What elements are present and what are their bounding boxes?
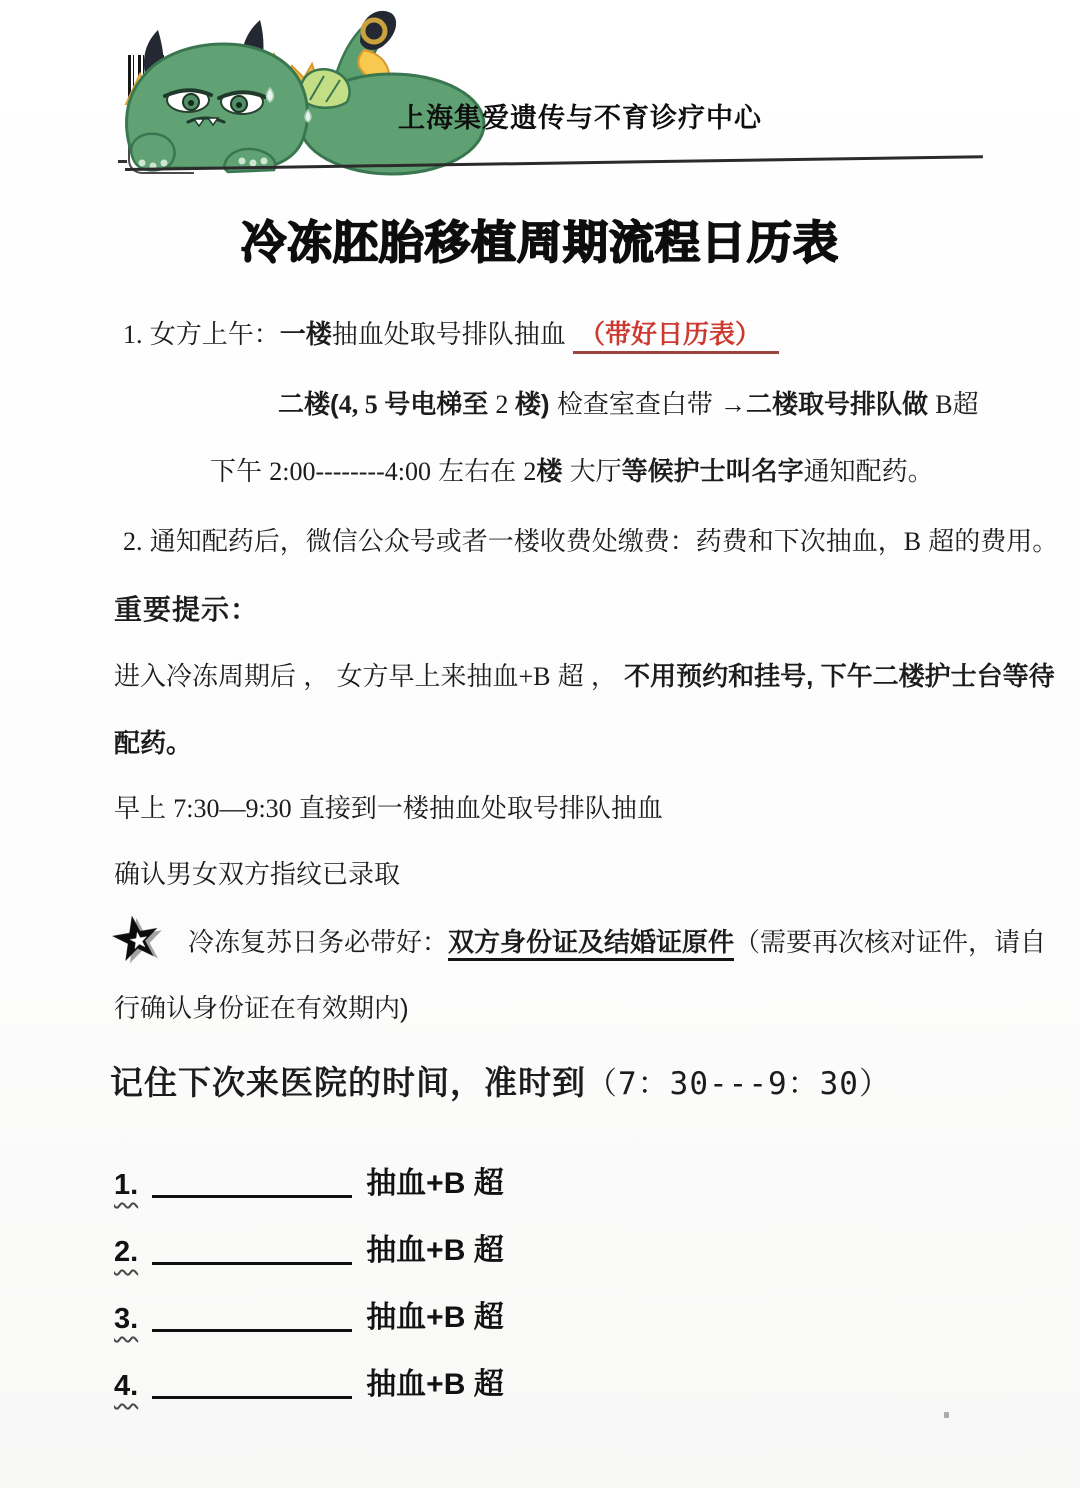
text-segment: 2. [123,527,143,556]
clinic-name: 上海集爱遗传与不育诊疗中心 [398,96,762,135]
text-segment: B [904,527,921,556]
fill-in-blank-line [152,1299,352,1332]
notice-heading: 重要提示： [114,592,259,628]
text-segment: 超 ， [550,661,624,691]
text-segment: 冷冻复苏日务必带好： [188,927,448,957]
row-label: 抽血+B 超 [366,1158,504,1202]
text-segment: 确认男女双方指纹已录取 [114,859,400,889]
schedule-row: 2. 抽血+B 超 [114,1225,504,1269]
text-segment: 7:30—9:30 [173,794,291,823]
fill-in-blank-line [152,1165,352,1198]
scanned-document-page: 1 [0,0,1080,1488]
text-segment: 通知配药后，微信公众号或者一楼收费处缴费：药费和下次抽血， [143,526,904,556]
text-segment: （7：30---9：30） [586,1066,891,1102]
row-number: 4. [114,1370,138,1403]
text-segment: 抽血处取号排队抽血 [332,319,573,349]
star-note-line-2: 行确认身份证在有效期内) [114,992,409,1026]
text-segment: 大厅 [562,456,621,486]
step-1-line-1: 1. 女方上午：一楼抽血处取号排队抽血 （带好日历表） [123,318,779,352]
dragon-mascot-icon [112,6,512,178]
text-segment: 检查室查白带 → [550,389,746,419]
text-segment: 通知配药。 [804,456,934,486]
star-inner-glyph: ★ [127,928,151,954]
text-segment: 4, 5 [339,390,385,419]
text-segment: 记住下次来医院的时间，准时到 [110,1064,586,1101]
row-number: 3. [114,1303,138,1336]
text-segment: 二楼 [278,389,330,419]
fingerprint-line: 确认男女双方指纹已录取 [114,858,400,892]
row-number: 2. [114,1236,138,1269]
row-number: 1. [114,1169,138,1202]
row-label: 抽血+B 超 [366,1292,504,1336]
schedule-row: 4. 抽血+B 超 [114,1359,504,1403]
fill-in-blank-line [152,1366,352,1399]
text-segment: 女方上午： [143,319,280,349]
row-label: 抽血+B 超 [366,1225,504,1269]
text-segment: 2:00--------4:00 [269,457,431,486]
notice-line-1: 进入冷冻周期后 ， 女方早上来抽血+B 超 ， 不用预约和挂号, 下午二楼护士台… [114,660,1055,694]
text-segment: 等候护士叫名字 [622,456,804,486]
text-segment: 二楼取号排队做 [746,389,935,419]
step-1-line-3: 下午 2:00--------4:00 左右在 2楼 大厅等候护士叫名字通知配药… [210,455,934,489]
schedule-row: 3. 抽血+B 超 [114,1292,504,1336]
text-segment: ( [330,389,339,419]
text-segment: 号电梯至 [384,389,495,419]
star-icon: ★ ★ [105,909,175,979]
text-segment: 2 [523,457,536,486]
scan-speck [944,1412,949,1418]
text-segment: 超的费用。 [921,526,1058,556]
text-segment: 一楼 [280,319,332,349]
reminder-line: 记住下次来医院的时间，准时到（7：30---9：30） [110,1062,891,1105]
text-segment: （需要再次核对证件，请自 [734,927,1046,957]
text-segment: 直接到一楼抽血处取号排队抽血 [292,793,663,823]
text-segment: 配药。 [114,728,192,758]
text-segment: +B [518,662,550,691]
text-segment: 进入冷冻周期后 ， 女方早上来抽血 [114,661,518,691]
page-title: 冷冻胚胎移植周期流程日历表 [0,206,1080,271]
schedule-row: 1. 抽血+B 超 [114,1158,504,1202]
star-note-line-1: 冷冻复苏日务必带好：双方身份证及结婚证原件（需要再次核对证件，请自 [188,926,1046,960]
text-segment: B [935,390,952,419]
text-segment: 超 [953,389,979,419]
text-segment: 行确认身份证在有效期内) [114,993,409,1023]
text-segment: 双方身份证及结婚证原件 [448,927,734,961]
text-segment: 早上 [114,793,173,823]
text-segment: 左右在 [431,456,523,486]
text-segment: 1. [123,320,143,349]
morning-hours-line: 早上 7:30—9:30 直接到一楼抽血处取号排队抽血 [114,792,663,826]
step-1-line-2: 二楼(4, 5 号电梯至 2 楼) 检查室查白带 →二楼取号排队做 B超 [278,388,979,422]
text-segment: 楼) [515,389,550,419]
row-label: 抽血+B 超 [366,1359,504,1403]
text-segment: 下午 [210,456,269,486]
text-segment: 楼 [536,456,562,486]
text-segment: 2 [495,390,515,419]
text-segment: （带好日历表） [573,319,779,354]
text-segment: 不用预约和挂号, 下午二楼护士台等待 [624,661,1054,691]
fill-in-blank-line [152,1232,352,1265]
step-2-line: 2. 通知配药后，微信公众号或者一楼收费处缴费：药费和下次抽血，B 超的费用。 [123,525,1058,559]
notice-line-2: 配药。 [114,727,192,761]
